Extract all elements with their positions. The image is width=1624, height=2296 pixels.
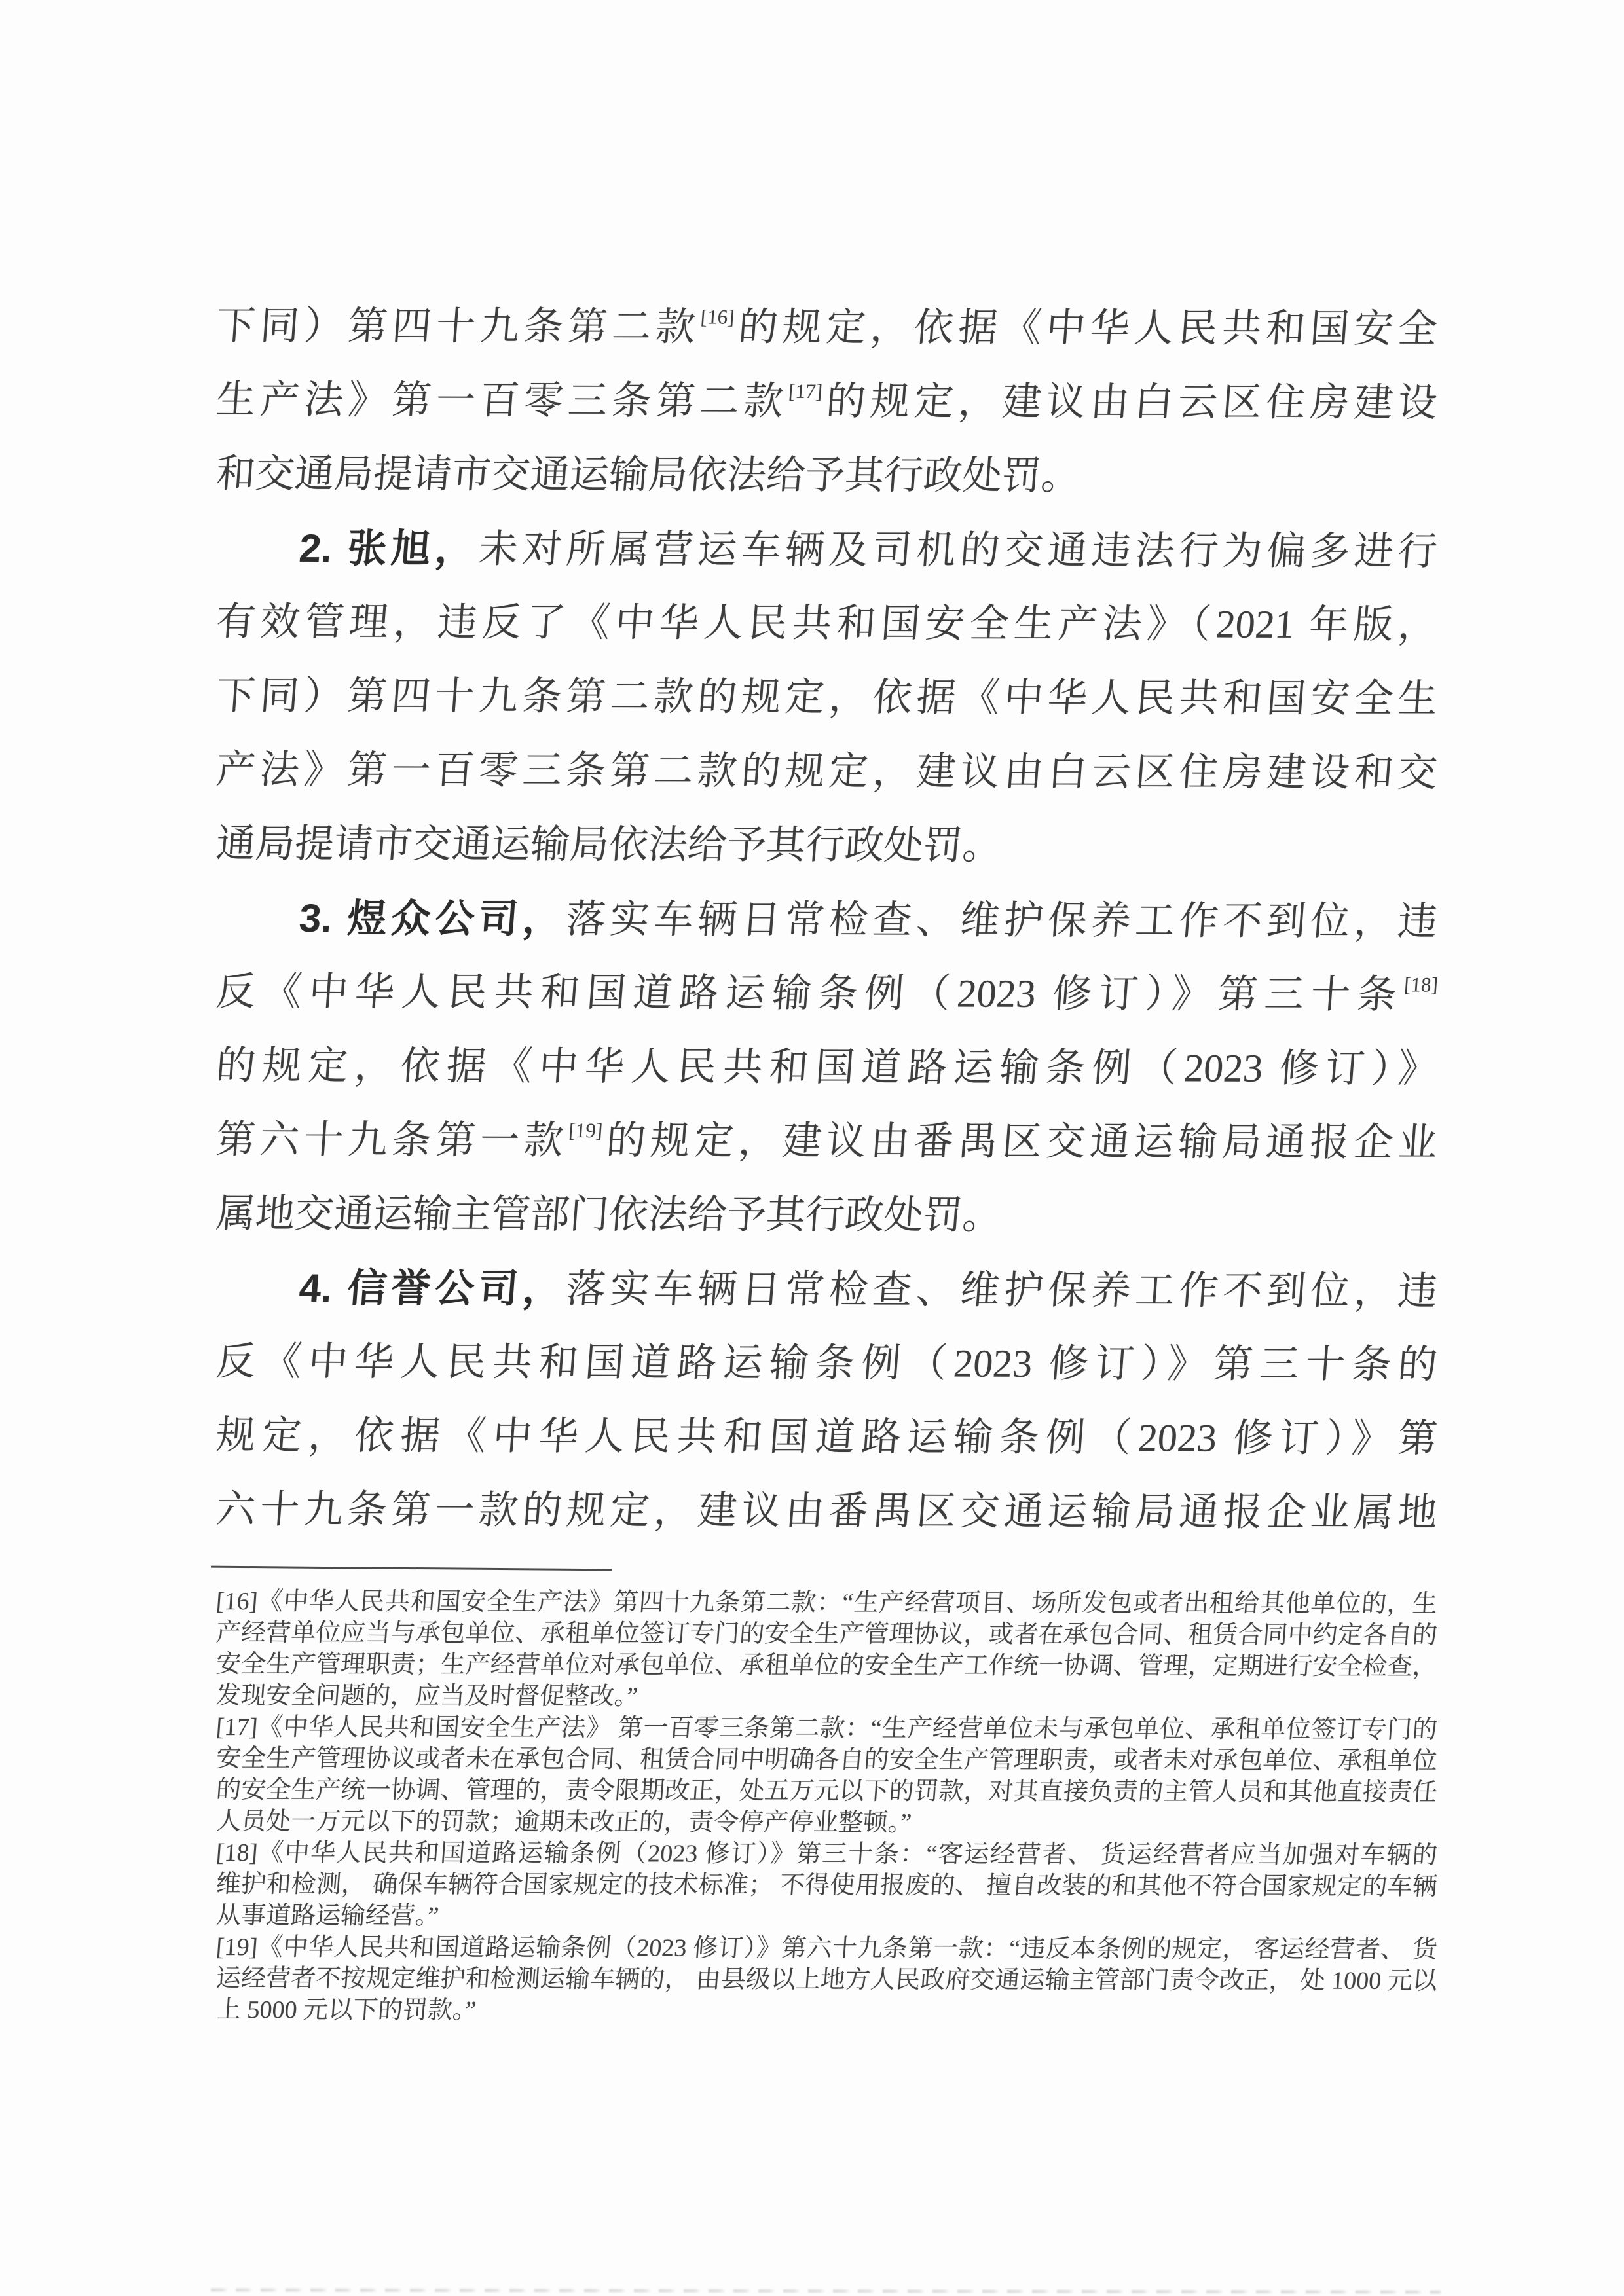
body-line: 和交通局提请市交通运输局依法给予其行政处罚。 bbox=[213, 437, 1440, 515]
footnote-line: 从事道路运输经营。” bbox=[215, 1900, 1438, 1934]
body-line: 规定，依据《中华人民共和国道路运输条例（2023 修订）》第 bbox=[213, 1399, 1440, 1476]
text-segment: 规定，依据《中华人民共和国道路运输条例（2023 修订）》第 bbox=[215, 1414, 1439, 1461]
scan-artifact-line bbox=[211, 2288, 1441, 2293]
text-segment: 六十九条第一款的规定，建议由番禺区交通运输局通报企业属地 bbox=[215, 1488, 1439, 1535]
body-line: 通局提请市交通运输局依法给予其行政处罚。 bbox=[213, 807, 1440, 884]
text-segment: 有效管理，违反了《中华人民共和国安全生产法》（2021 年版， bbox=[215, 600, 1439, 647]
body-line: 第六十九条第一款[19]的规定，建议由番禺区交通运输局通报企业 bbox=[213, 1103, 1440, 1180]
text-segment: 和交通局提请市交通运输局依法给予其行政处罚。 bbox=[215, 452, 1082, 498]
text-segment: 反《中华人民共和国道路运输条例（2023 修订）》第三十条 bbox=[215, 970, 1405, 1017]
text-segment: 落实车辆日常检查、维护保养工作不到位，违 bbox=[564, 898, 1439, 943]
footnote-line: 运经营者不按规定维护和检测运输车辆的， 由县级以上地方人民政府交通运输主管部门责… bbox=[215, 1963, 1438, 1997]
footnote-line: [18]《中华人民共和国道路运输条例（2023 修订）》第三十条：“客运经营者、… bbox=[215, 1837, 1438, 1871]
text-segment: 生产法》第一百零三条第二款 bbox=[215, 378, 790, 423]
paragraph: 下同）第四十九条第二款[16]的规定，依据《中华人民共和国安全生产法》第一百零三… bbox=[216, 291, 1437, 513]
footnote-line: 人员处一万元以下的罚款；逾期未改正的，责令停产停业整顿。” bbox=[215, 1806, 1438, 1840]
footnote-line: [17]《中华人民共和国安全生产法》 第一百零三条第二款：“生产经营单位未与承包… bbox=[215, 1711, 1438, 1745]
footnote-ref: [17] bbox=[788, 380, 823, 403]
text-segment: 反《中华人民共和国道路运输条例（2023 修订）》第三十条的 bbox=[215, 1340, 1439, 1387]
footnote-line: 安全生产管理职责；生产经营单位对承包单位、承租单位的安全生产工作统一协调、管理，… bbox=[215, 1649, 1438, 1683]
body-line: 六十九条第一款的规定，建议由番禺区交通运输局通报企业属地 bbox=[213, 1473, 1440, 1550]
body-line: 生产法》第一百零三条第二款[17]的规定，建议由白云区住房建设 bbox=[213, 363, 1440, 441]
footnote-separator bbox=[211, 1566, 612, 1571]
body-line: 4. 信誉公司，落实车辆日常检查、维护保养工作不到位，违 bbox=[213, 1251, 1440, 1328]
text-segment: 通局提请市交通运输局依法给予其行政处罚。 bbox=[215, 822, 1004, 867]
body-line: 的规定，依据《中华人民共和国道路运输条例（2023 修订）》 bbox=[213, 1029, 1440, 1106]
text-segment: 的规定，建议由番禺区交通运输局通报企业 bbox=[600, 1119, 1439, 1164]
body-line: 反《中华人民共和国道路运输条例（2023 修订）》第三十条的 bbox=[213, 1325, 1440, 1402]
body-line: 下同）第四十九条第二款[16]的规定，依据《中华人民共和国安全 bbox=[213, 289, 1440, 367]
document-page: 下同）第四十九条第二款[16]的规定，依据《中华人民共和国安全生产法》第一百零三… bbox=[0, 0, 1624, 2296]
footnote-item: [18]《中华人民共和国道路运输条例（2023 修订）》第三十条：“客运经营者、… bbox=[216, 1838, 1437, 1933]
footnote-line: 维护和检测， 确保车辆符合国家规定的技术标准； 不得使用报废的、 擅自改装的和其… bbox=[215, 1868, 1438, 1903]
text-segment: 2. 张旭， bbox=[298, 526, 481, 571]
footnote-line: 安全生产管理协议或者未在承包合同、租赁合同中明确各自的安全生产管理职责，或者未对… bbox=[215, 1743, 1438, 1777]
footnote-list: [16]《中华人民共和国安全生产法》第四十九条第二款：“生产经营项目、场所发包或… bbox=[216, 1587, 1437, 2027]
text-segment: 产法》第一百零三条第二款的规定，建议由白云区住房建设和交 bbox=[215, 748, 1439, 795]
text-segment: 下同）第四十九条第二款 bbox=[215, 304, 701, 349]
text-segment: 第六十九条第一款 bbox=[215, 1118, 570, 1162]
text-segment: 落实车辆日常检查、维护保养工作不到位，违 bbox=[564, 1267, 1439, 1313]
body-line: 反《中华人民共和国道路运输条例（2023 修订）》第三十条[18] bbox=[213, 955, 1440, 1032]
text-segment: 的规定，建议由白云区住房建设 bbox=[820, 380, 1439, 424]
footnote-line: [19]《中华人民共和国道路运输条例（2023 修订）》第六十九条第一款：“违反… bbox=[215, 1931, 1438, 1965]
body-line: 产法》第一百零三条第二款的规定，建议由白云区住房建设和交 bbox=[213, 733, 1440, 811]
footnote-item: [16]《中华人民共和国安全生产法》第四十九条第二款：“生产经营项目、场所发包或… bbox=[216, 1587, 1437, 1713]
footnote-ref: [19] bbox=[568, 1119, 603, 1142]
text-segment: 的规定，依据《中华人民共和国安全 bbox=[732, 306, 1439, 351]
paragraph: 4. 信誉公司，落实车辆日常检查、维护保养工作不到位，违反《中华人民共和国道路运… bbox=[216, 1252, 1437, 1548]
text-segment: 未对所属营运车辆及司机的交通违法行为偏多进行 bbox=[477, 528, 1439, 574]
footnote-line: 的安全生产统一协调、管理的，责令限期改正，处五万元以下的罚款，对其直接负责的主管… bbox=[215, 1774, 1438, 1808]
body-line: 属地交通运输主管部门依法给予其行政处罚。 bbox=[213, 1177, 1440, 1254]
footnote-item: [19]《中华人民共和国道路运输条例（2023 修订）》第六十九条第一款：“违反… bbox=[216, 1933, 1437, 2027]
text-segment: 4. 信誉公司， bbox=[298, 1266, 568, 1311]
body-text: 下同）第四十九条第二款[16]的规定，依据《中华人民共和国安全生产法》第一百零三… bbox=[216, 291, 1437, 1548]
footnote-line: 上 5000 元以下的罚款。” bbox=[215, 1994, 1438, 2028]
body-line: 有效管理，违反了《中华人民共和国安全生产法》（2021 年版， bbox=[213, 585, 1440, 663]
paragraph: 2. 张旭，未对所属营运车辆及司机的交通违法行为偏多进行有效管理，违反了《中华人… bbox=[216, 513, 1437, 883]
footnote-item: [17]《中华人民共和国安全生产法》 第一百零三条第二款：“生产经营单位未与承包… bbox=[216, 1713, 1437, 1838]
footnote-line: 产经营单位应当与承包单位、承租单位签订专门的安全生产管理协议，或者在承包合同、租… bbox=[215, 1617, 1438, 1651]
body-line: 下同）第四十九条第二款的规定，依据《中华人民共和国安全生 bbox=[213, 659, 1440, 737]
text-segment: 下同）第四十九条第二款的规定，依据《中华人民共和国安全生 bbox=[215, 674, 1439, 721]
text-segment: 属地交通运输主管部门依法给予其行政处罚。 bbox=[215, 1192, 1004, 1237]
footnote-ref: [18] bbox=[1403, 973, 1439, 996]
footnote-ref: [16] bbox=[700, 305, 735, 328]
body-line: 2. 张旭，未对所属营运车辆及司机的交通违法行为偏多进行 bbox=[213, 511, 1440, 589]
footnote-line: 发现安全问题的，应当及时督促整改。” bbox=[215, 1680, 1438, 1714]
text-segment: 3. 煜众公司， bbox=[298, 896, 568, 941]
body-line: 3. 煜众公司，落实车辆日常检查、维护保养工作不到位，违 bbox=[213, 881, 1440, 958]
footnote-line: [16]《中华人民共和国安全生产法》第四十九条第二款：“生产经营项目、场所发包或… bbox=[215, 1586, 1438, 1620]
text-segment: 的规定，依据《中华人民共和国道路运输条例（2023 修订）》 bbox=[215, 1044, 1439, 1091]
paragraph: 3. 煜众公司，落实车辆日常检查、维护保养工作不到位，违反《中华人民共和国道路运… bbox=[216, 883, 1437, 1252]
